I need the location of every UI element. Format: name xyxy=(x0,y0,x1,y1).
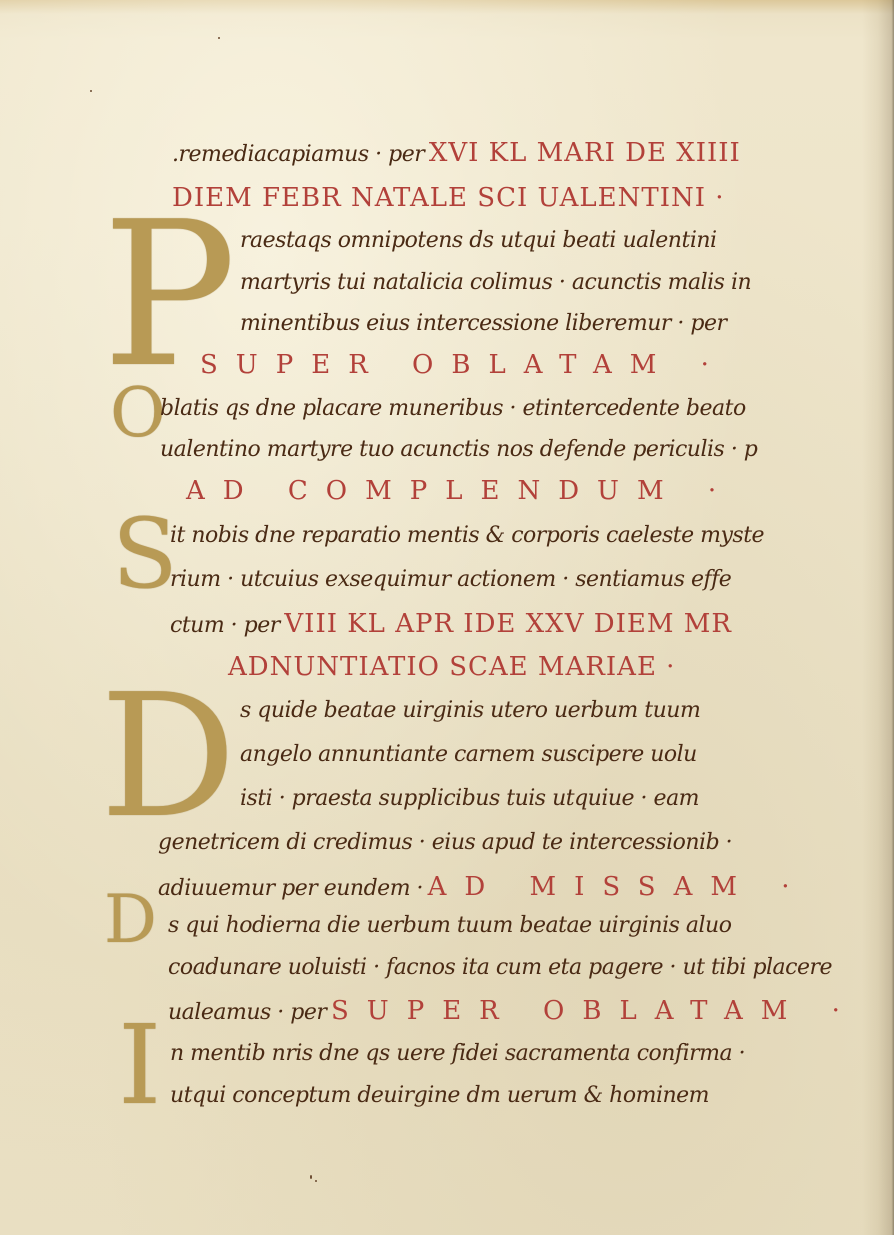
initial-d-small: D xyxy=(104,887,157,953)
initial-o: O xyxy=(110,380,166,448)
text-line-7: blatis qs dne placare muneribus · etinte… xyxy=(160,396,746,421)
text-line-23: utqui conceptum deuirgine dm uerum & hom… xyxy=(170,1083,709,1108)
rubric-super-oblatam-1: SUPER OBLATAM · xyxy=(200,350,727,380)
parchment-speck xyxy=(218,37,220,39)
text-line-15: angelo annuntiante carnem suscipere uolu xyxy=(240,742,697,767)
parchment-speck xyxy=(310,1175,312,1179)
initial-s: S xyxy=(112,506,178,602)
rubric-text: VIII KL APR IDE XXV DIEM MR xyxy=(284,609,732,639)
rubric-heading-annunciation: ADNUNTIATIO SCAE MARIAE · xyxy=(228,652,675,682)
ink-text: .remediacapiamus · per xyxy=(172,142,424,167)
text-line-5: minentibus eius intercessione liberemur … xyxy=(240,311,727,336)
rubric-heading-valentine: DIEM FEBR NATALE SCI UALENTINI · xyxy=(172,183,725,213)
page-gutter-shadow xyxy=(862,0,894,1235)
text-line-16: isti · praesta supplicibus tuis utquiue … xyxy=(240,786,699,811)
rubric-text: AD MISSAM · xyxy=(428,872,808,902)
text-line-10: it nobis dne reparatio mentis & corporis… xyxy=(170,523,764,548)
initial-d-large: D xyxy=(100,672,236,842)
parchment-speck xyxy=(315,1180,317,1182)
initial-i: I xyxy=(118,1010,161,1120)
text-line-22: n mentib nris dne qs uere fidei sacramen… xyxy=(170,1041,745,1066)
text-line-4: martyris tui natalicia colimus · acuncti… xyxy=(240,270,751,295)
ink-text: ctum · per xyxy=(170,613,280,638)
text-line-21: ualeamus · per SUPER OBLATAM · xyxy=(168,996,858,1026)
text-line-3: raestaqs omnipotens ds utqui beati ualen… xyxy=(240,228,717,253)
text-line-18: adiuuemur per eundem · AD MISSAM · xyxy=(158,872,808,902)
text-line-12: ctum · per VIII KL APR IDE XXV DIEM MR xyxy=(170,609,732,639)
rubric-text: XVI KL MARI DE XIIII xyxy=(429,138,741,168)
parchment-speck xyxy=(90,90,92,92)
ink-text: adiuuemur per eundem · xyxy=(158,876,423,901)
manuscript-page: P O S D D I .remediacapiamus · per XVI K… xyxy=(0,0,894,1235)
text-line-14: s quide beatae uirginis utero uerbum tuu… xyxy=(240,698,700,723)
text-line-11: rium · utcuius exsequimur actionem · sen… xyxy=(170,567,731,592)
text-line-19: s qui hodierna die uerbum tuum beatae ui… xyxy=(168,913,731,938)
rubric-text: SUPER OBLATAM · xyxy=(331,996,858,1026)
text-line-20: coadunare uoluisti · facnos ita cum eta … xyxy=(168,955,832,980)
rubric-ad-complendum: AD COMPLENDUM · xyxy=(186,476,734,506)
text-line-8: ualentino martyre tuo acunctis nos defen… xyxy=(160,437,757,462)
text-line-1: .remediacapiamus · per XVI KL MARI DE XI… xyxy=(172,138,741,168)
ink-text: ualeamus · per xyxy=(168,1000,326,1025)
text-line-17: genetricem di credimus · eius apud te in… xyxy=(158,830,732,855)
